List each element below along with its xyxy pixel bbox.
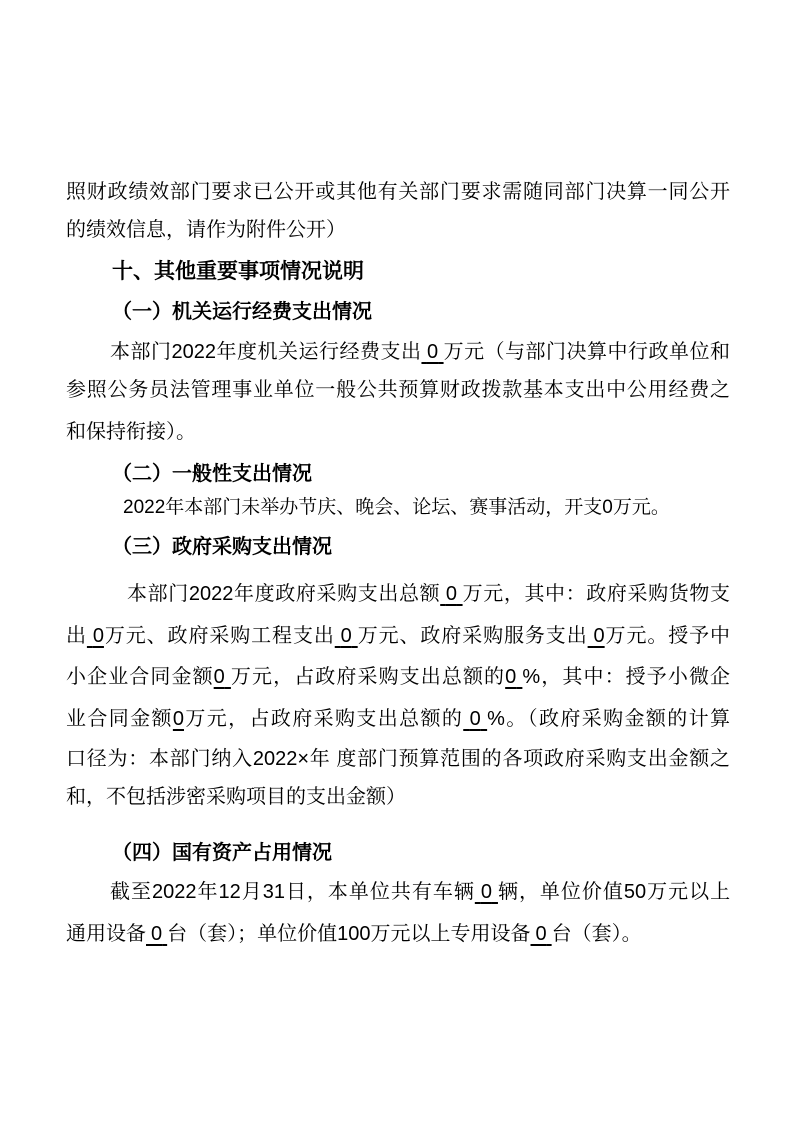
numeric-text: 0: [151, 923, 162, 945]
section-heading: （二）一般性支出情况: [66, 462, 730, 486]
text-line: 和，不包括涉密采购项目的支出金额）: [66, 785, 730, 809]
numeric-text: 0: [446, 583, 457, 605]
underlined-value: 0: [335, 625, 358, 647]
numeric-text: 0: [602, 497, 613, 518]
text-line: 小企业合同金额0 万元，占政府采购支出总额的0 %，其中：授予小微企: [66, 665, 730, 689]
numeric-text: 50: [624, 881, 646, 903]
underlined-value: 0: [531, 923, 552, 945]
text-line: 本部门2022年度政府采购支出总额 0 万元，其中：政府采购货物支: [66, 582, 730, 606]
section-heading: （四）国有资产占用情况: [66, 841, 730, 865]
section-heading: （三）政府采购支出情况: [66, 535, 730, 559]
numeric-text: %: [487, 708, 505, 730]
text-line: 的绩效信息，请作为附件公开）: [66, 218, 730, 242]
underlined-value: 0: [421, 341, 443, 363]
text-line: 出 0万元、政府采购工程支出 0 万元、政府采购服务支出 0万元。授予中: [66, 624, 730, 648]
text-line: 参照公务员法管理事业单位一般公共预算财政拨款基本支出中公用经费之: [66, 378, 730, 402]
text-line: 本部门2022年度机关运行经费支出 0 万元（与部门决算中行政单位和: [66, 340, 730, 364]
numeric-text: %: [522, 666, 540, 688]
numeric-text: 0: [427, 341, 438, 363]
numeric-text: 2022: [172, 341, 217, 363]
numeric-text: 0: [173, 708, 184, 730]
text-line: 2022年本部门未举办节庆、晚会、论坛、赛事活动，开支0万元。: [66, 497, 730, 520]
numeric-text: 0: [536, 923, 547, 945]
text-line: 和保持衔接）。: [66, 420, 730, 444]
text-line: 照财政绩效部门要求已公开或其他有关部门要求需随同部门决算一同公开: [66, 180, 730, 204]
underlined-value: 0: [588, 625, 605, 647]
numeric-text: 12: [218, 881, 240, 903]
underlined-value: 0: [475, 881, 498, 903]
text-line: 业合同金额0万元，占政府采购支出总额的 0 %。（政府采购金额的计算: [66, 707, 730, 731]
numeric-text: 0: [505, 666, 516, 688]
numeric-text: 0: [93, 625, 104, 647]
underlined-value: 0: [505, 666, 522, 688]
underlined-value: 0: [463, 708, 487, 730]
underlined-value: 0: [173, 708, 184, 730]
numeric-text: 0: [470, 708, 481, 730]
numeric-text: 2022: [152, 881, 197, 903]
underlined-value: 0: [440, 583, 462, 605]
numeric-text: 2022×: [253, 748, 309, 770]
numeric-text: 2022: [123, 497, 165, 518]
underlined-value: 0: [87, 625, 104, 647]
numeric-text: 100: [337, 923, 370, 945]
section-heading: （一）机关运行经费支出情况: [66, 300, 730, 324]
numeric-text: 0: [214, 666, 225, 688]
underlined-value: 0: [214, 666, 231, 688]
numeric-text: 0: [341, 625, 352, 647]
numeric-text: 0: [481, 881, 492, 903]
section-heading: 十、其他重要事项情况说明: [66, 259, 730, 284]
document-page: 照财政绩效部门要求已公开或其他有关部门要求需随同部门决算一同公开的绩效信息，请作…: [0, 0, 793, 1122]
numeric-text: 31: [263, 881, 285, 903]
underlined-value: 0: [146, 923, 167, 945]
text-line: 通用设备 0 台（套）；单位价值100万元以上专用设备 0 台（套）。: [66, 922, 730, 946]
text-line: 截至2022年12月31日，本单位共有车辆 0 辆，单位价值50万元以上: [66, 880, 730, 904]
numeric-text: 2022: [189, 583, 234, 605]
text-line: 口径为：本部门纳入2022×年 度部门预算范围的各项政府采购支出金额之: [66, 747, 730, 771]
numeric-text: 0: [594, 625, 605, 647]
